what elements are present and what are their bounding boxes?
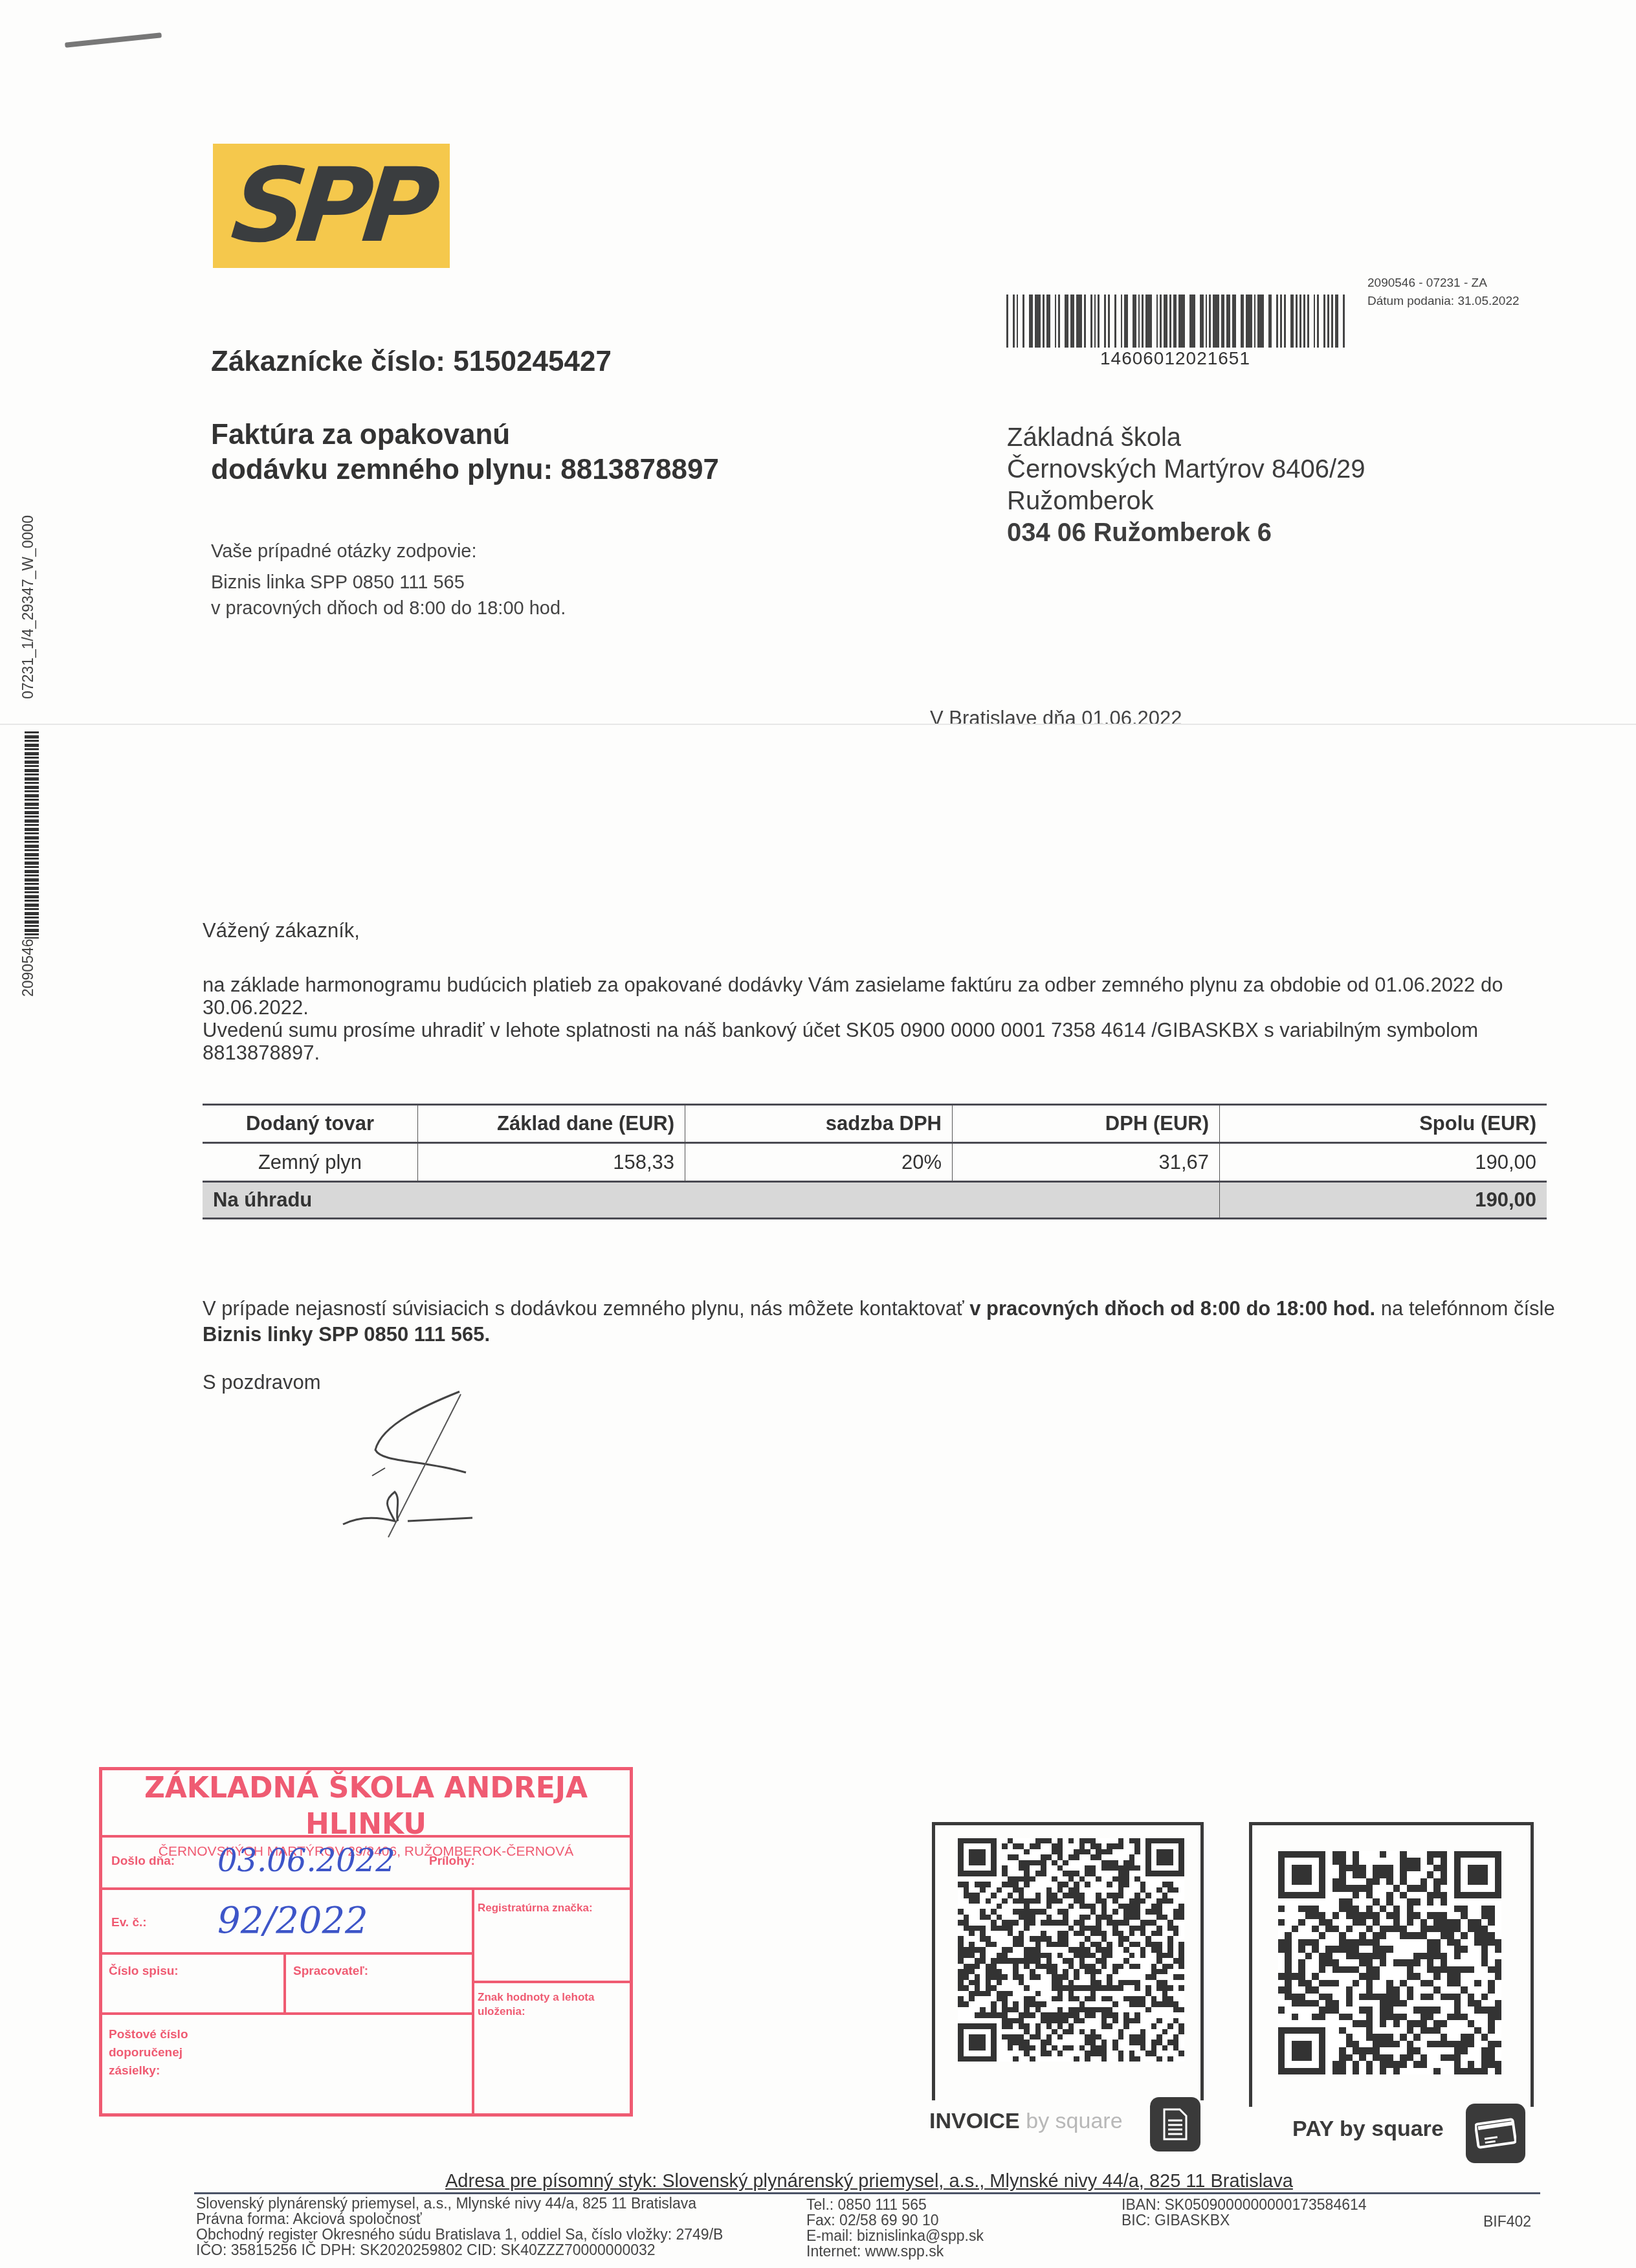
business-line: Biznis linka SPP 0850 111 565 <box>211 570 566 595</box>
col-vat: DPH (EUR) <box>953 1105 1220 1143</box>
recipient-city: Ružomberok <box>1007 485 1365 517</box>
reference-block: 2090546 - 07231 - ZA Dátum podania: 31.0… <box>1367 274 1520 311</box>
invoice-title-line2: dodávku zemného plynu: 8813878897 <box>211 452 719 487</box>
invoice-label-light: by square <box>1020 2109 1123 2133</box>
footer-bic: BIC: GIBASKBX <box>1122 2212 1367 2228</box>
paragraph-payment: Uvedenú sumu prosíme uhradiť v lehote sp… <box>203 1019 1555 1064</box>
postal-label: Poštové číslo doporučenej zásielky: <box>109 2026 219 2080</box>
col-vat-rate: sadzba DPH <box>685 1105 953 1143</box>
handler-label: Spracovateľ: <box>293 1964 368 1979</box>
questions-intro: Vaše prípadné otázky zodpovie: <box>211 539 566 564</box>
invoice-title: Faktúra za opakovanú dodávku zemného ply… <box>211 417 719 487</box>
stamp-title: ZÁKLADNÁ ŠKOLA ANDREJA HLINKU <box>102 1770 630 1843</box>
footer-contact: Tel.: 0850 111 565 Fax: 02/58 69 90 10 E… <box>806 2197 984 2259</box>
footer-email[interactable]: E-mail: biznislinka@spp.sk <box>806 2228 984 2243</box>
invoice-title-line1: Faktúra za opakovanú <box>211 417 719 452</box>
footer-divider <box>194 2192 1540 2194</box>
contact-hours: v pracovných dňoch od 8:00 do 18:00 hod. <box>969 1297 1375 1320</box>
col-tax-base: Základ dane (EUR) <box>418 1105 685 1143</box>
invoice-qr-code[interactable] <box>958 1838 1184 2062</box>
footer-register: Obchodný register Okresného súdu Bratisl… <box>196 2227 723 2242</box>
invoice-by-square-label: INVOICE by square <box>929 2109 1123 2134</box>
footer-company: Slovenský plynárenský priemysel, a.s., M… <box>196 2196 723 2258</box>
received-label: Došlo dňa: <box>111 1854 175 1869</box>
footer-fax: Fax: 02/58 69 90 10 <box>806 2212 984 2228</box>
invoice-label-bold: INVOICE <box>929 2109 1020 2133</box>
registry-stamp: ZÁKLADNÁ ŠKOLA ANDREJA HLINKU ČERNOVSKÝC… <box>99 1767 633 2117</box>
closing: S pozdravom <box>203 1371 321 1394</box>
recipient-address: Základná škola Černovských Martýrov 8406… <box>1007 422 1365 549</box>
correspondence-address: Adresa pre písomný styk: Slovenský plyná… <box>445 2171 1293 2192</box>
document-icon <box>1150 2097 1200 2151</box>
cell-vat: 31,67 <box>953 1143 1220 1182</box>
contact-phone: Biznis linky SPP 0850 111 565. <box>203 1323 490 1346</box>
total-value: 190,00 <box>1220 1182 1547 1219</box>
letter-body: na základe harmonogramu budúcich platieb… <box>203 973 1555 1064</box>
stamp-header: ZÁKLADNÁ ŠKOLA ANDREJA HLINKU ČERNOVSKÝC… <box>102 1770 630 1838</box>
recipient-postal: 034 06 Ružomberok 6 <box>1007 517 1365 549</box>
card-icon <box>1466 2104 1525 2163</box>
stamp-received-row: Došlo dňa: 03.06.2022 Prílohy: <box>102 1838 630 1890</box>
attachments-label: Prílohy: <box>429 1854 475 1869</box>
logo-text: SPP <box>227 146 436 265</box>
barcode-number: 14606012021651 <box>1100 348 1250 369</box>
received-date: 03.06.2022 <box>217 1843 395 1879</box>
registry-label: Registratúrna značka: <box>478 1902 593 1915</box>
fold-line <box>0 724 1636 725</box>
cell-goods: Zemný plyn <box>203 1143 418 1182</box>
table-header-row: Dodaný tovar Základ dane (EUR) sadzba DP… <box>203 1105 1547 1143</box>
contact-paragraph: V prípade nejasností súvisiacich s dodáv… <box>203 1296 1555 1348</box>
footer-bank: IBAN: SK0509000000000173584614 BIC: GIBA… <box>1122 2197 1367 2228</box>
col-total: Spolu (EUR) <box>1220 1105 1547 1143</box>
pay-qr-code[interactable] <box>1278 1851 1501 2074</box>
footer-ids: IČO: 35815256 IČ DPH: SK2020259802 CID: … <box>196 2242 723 2258</box>
questions-block: Vaše prípadné otázky zodpovie: Biznis li… <box>211 539 566 621</box>
staple-mark <box>65 32 162 48</box>
table-row: Zemný plyn 158,33 20% 31,67 190,00 <box>203 1143 1547 1182</box>
greeting: Vážený zákazník, <box>203 919 360 942</box>
ev-label: Ev. č.: <box>111 1916 147 1930</box>
paragraph-period: na základe harmonogramu budúcich platieb… <box>203 973 1555 1019</box>
submission-date: Dátum podania: 31.05.2022 <box>1367 293 1520 311</box>
barcode <box>1006 295 1349 348</box>
contact-text-2: na telefónnom čísle <box>1375 1297 1554 1320</box>
file-label: Číslo spisu: <box>109 1964 179 1979</box>
footer-company-address: Slovenský plynárenský priemysel, a.s., M… <box>196 2196 723 2211</box>
business-hours: v pracovných dňoch od 8:00 do 18:00 hod. <box>211 595 566 621</box>
side-barcode <box>25 731 39 939</box>
signature <box>311 1385 505 1540</box>
place-date: V Bratislave dňa 01.06.2022 <box>930 707 1182 730</box>
value-label: Znak hodnoty a lehota uloženia: <box>478 1990 607 2019</box>
footer-web[interactable]: Internet: www.spp.sk <box>806 2243 984 2259</box>
pay-by-square-label: PAY by square <box>1292 2117 1444 2142</box>
cell-vat-rate: 20% <box>685 1143 953 1182</box>
total-row: Na úhradu 190,00 <box>203 1182 1547 1219</box>
side-code: 07231_1/4_29347_W_0000 <box>19 515 37 699</box>
side-number: 2090546 <box>19 939 37 997</box>
footer-legal-form: Právna forma: Akciová spoločnosť <box>196 2211 723 2227</box>
recipient-street: Černovských Martýrov 8406/29 <box>1007 454 1365 485</box>
spp-logo: SPP <box>213 144 450 268</box>
invoice-table: Dodaný tovar Základ dane (EUR) sadzba DP… <box>203 1104 1547 1219</box>
contact-text: V prípade nejasností súvisiacich s dodáv… <box>203 1297 969 1320</box>
cell-total: 190,00 <box>1220 1143 1547 1182</box>
stamp-grid: Ev. č.: 92/2022 Registratúrna značka: Čí… <box>102 1890 630 2117</box>
recipient-name: Základná škola <box>1007 422 1365 454</box>
total-label: Na úhradu <box>203 1182 1220 1219</box>
cell-tax-base: 158,33 <box>418 1143 685 1182</box>
col-goods: Dodaný tovar <box>203 1105 418 1143</box>
customer-number: Zákaznícke číslo: 5150245427 <box>211 346 612 378</box>
form-code: BIF402 <box>1483 2214 1531 2229</box>
reference-code: 2090546 - 07231 - ZA <box>1367 274 1520 293</box>
ev-number: 92/2022 <box>217 1900 368 1942</box>
footer-iban: IBAN: SK0509000000000173584614 <box>1122 2197 1367 2212</box>
footer-tel: Tel.: 0850 111 565 <box>806 2197 984 2212</box>
